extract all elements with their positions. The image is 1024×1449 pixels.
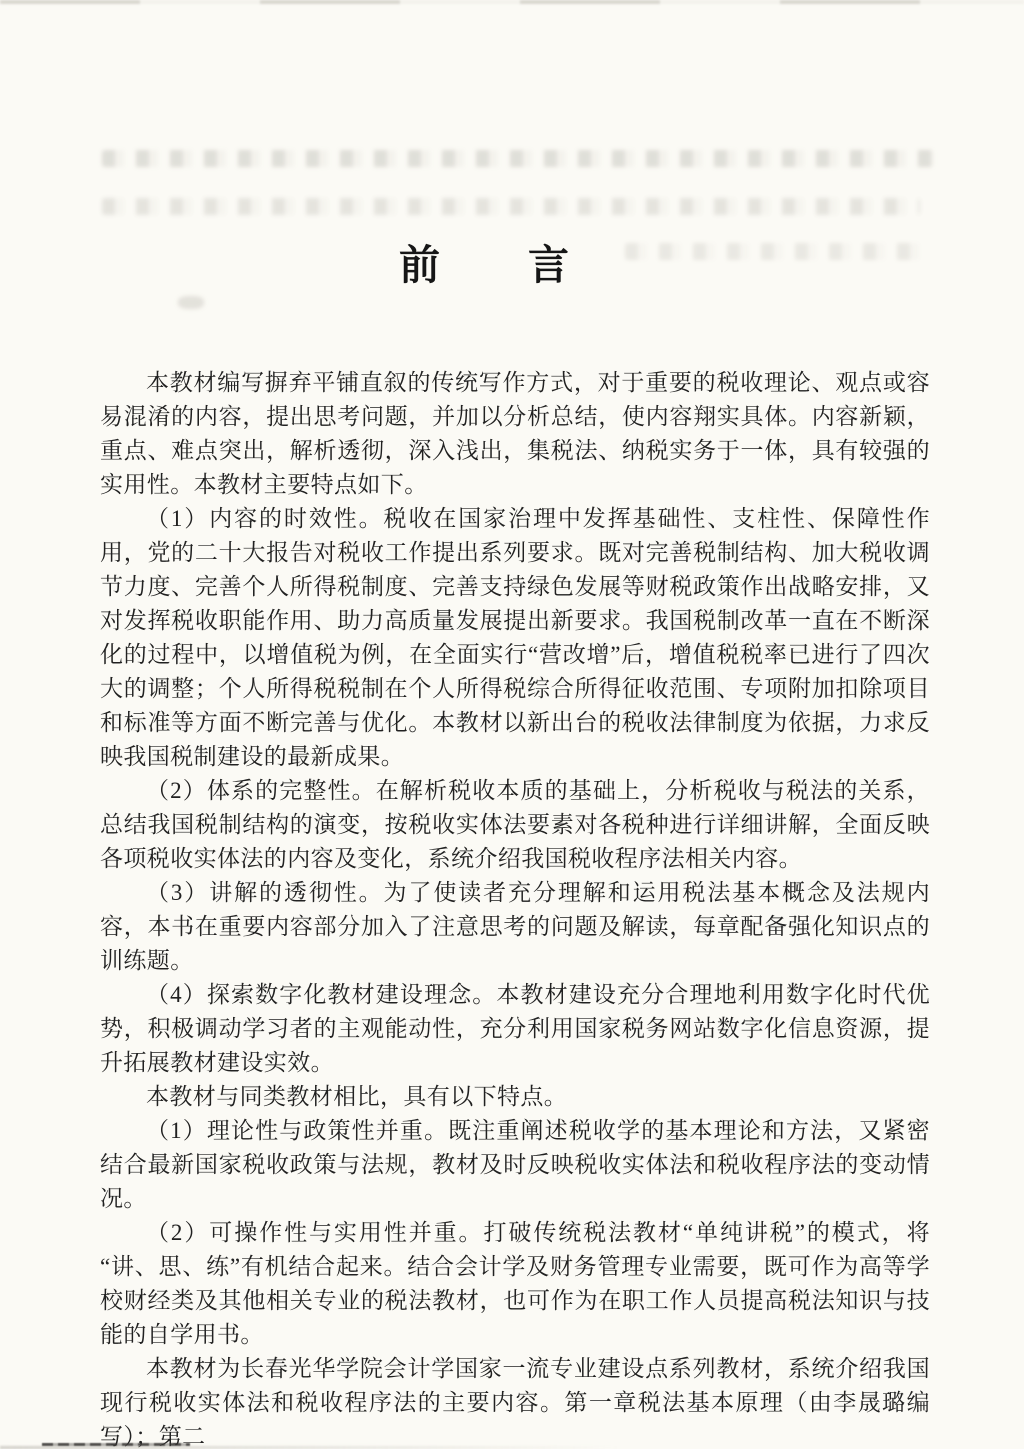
paragraph-feature-4-digital: （4）探索数字化教材建设理念。本教材建设充分合理地利用数字化时代优势，积极调动学… — [100, 978, 930, 1080]
paragraph-comparison-1-theory: （1）理论性与政策性并重。既注重阐述税收学的基本理论和方法，又紧密结合最新国家税… — [100, 1114, 930, 1216]
scanned-book-page: 前 言 本教材编写摒弃平铺直叙的传统写作方式，对于重要的税收理论、观点或容易混淆… — [0, 0, 1024, 1449]
paragraph-series-info: 本教材为长春光华学院会计学国家一流专业建设点系列教材，系统介绍我国现行税收实体法… — [100, 1352, 930, 1449]
preface-body: 本教材编写摒弃平铺直叙的传统写作方式，对于重要的税收理论、观点或容易混淆的内容，… — [100, 366, 930, 1449]
paragraph-comparison-2-practical: （2）可操作性与实用性并重。打破传统税法教材“单纯讲税”的模式，将“讲、思、练”… — [100, 1216, 930, 1352]
bleedthrough-text-line-1 — [102, 150, 934, 167]
page-title: 前 言 — [0, 232, 970, 291]
paragraph-feature-3-thoroughness: （3）讲解的透彻性。为了使读者充分理解和运用税法基本概念及法规内容，本书在重要内… — [100, 876, 930, 978]
bleedthrough-text-line-2 — [102, 198, 920, 215]
bleedthrough-smudge — [178, 296, 204, 309]
paragraph-intro: 本教材编写摒弃平铺直叙的传统写作方式，对于重要的税收理论、观点或容易混淆的内容，… — [100, 366, 930, 502]
paragraph-feature-2-completeness: （2）体系的完整性。在解析税收本质的基础上，分析税收与税法的关系，总结我国税制结… — [100, 774, 930, 876]
paragraph-feature-1-timeliness: （1）内容的时效性。税收在国家治理中发挥基础性、支柱性、保障性作用，党的二十大报… — [100, 502, 930, 774]
scan-top-edge-artifact — [0, 0, 1024, 4]
paragraph-comparison-intro: 本教材与同类教材相比，具有以下特点。 — [100, 1080, 930, 1114]
